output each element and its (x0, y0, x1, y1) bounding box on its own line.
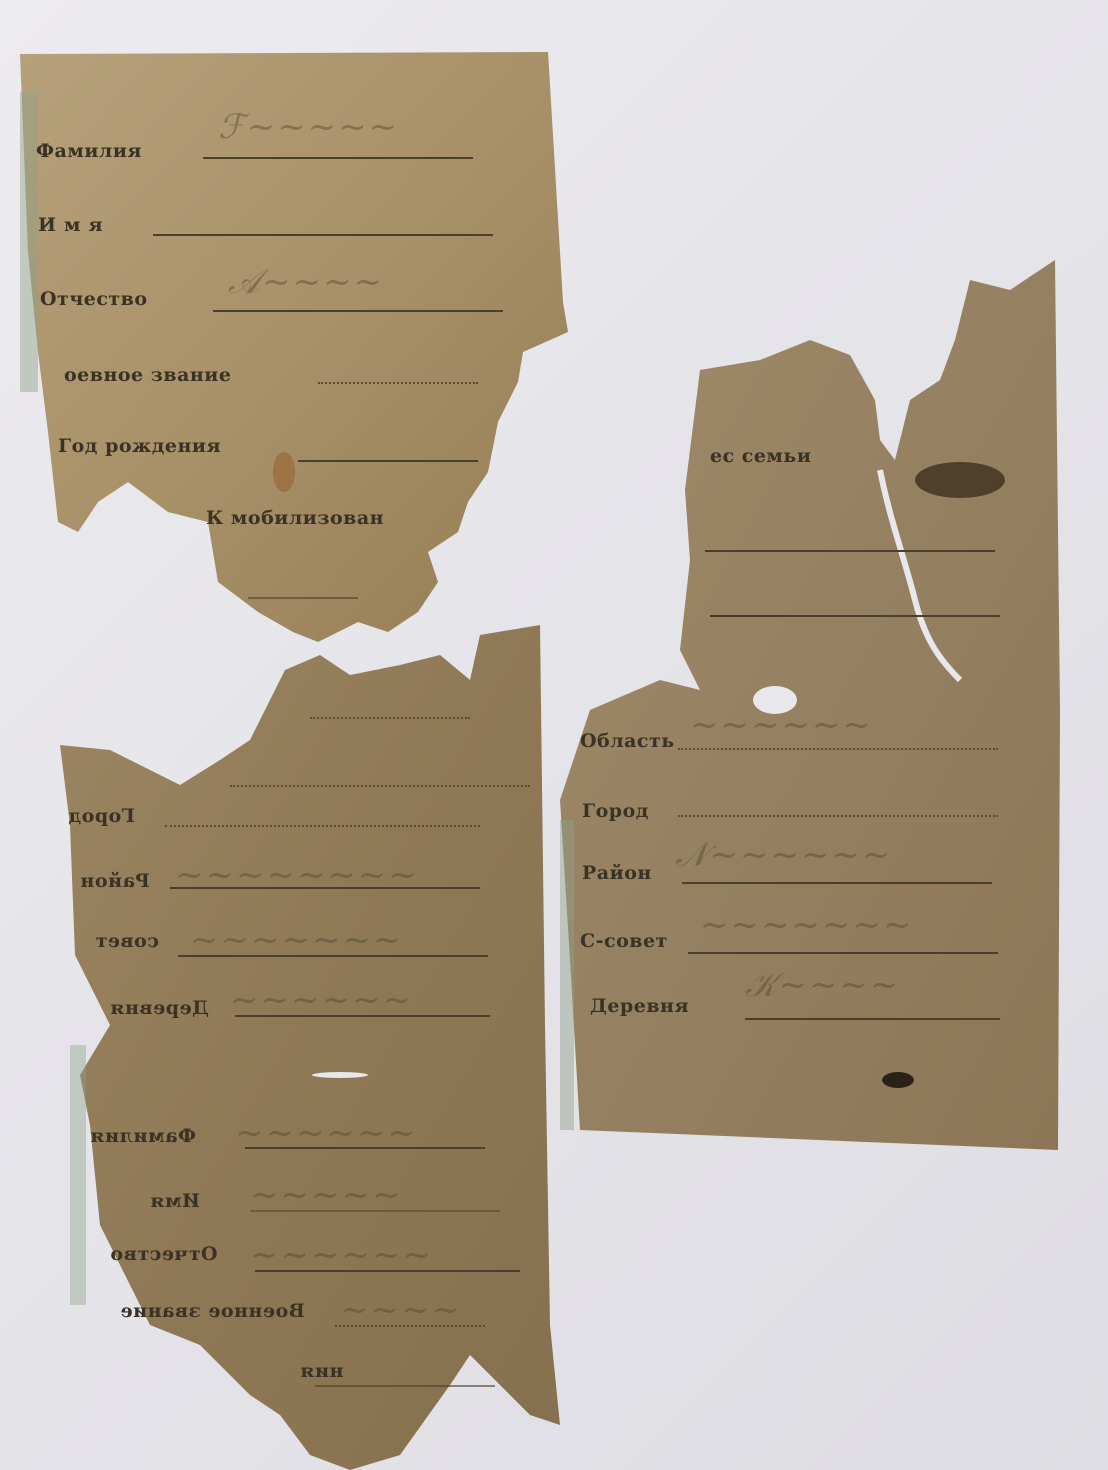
field-label: совет (95, 930, 159, 952)
field-label: Имя (150, 1190, 200, 1212)
stain (273, 452, 295, 492)
handwriting: ~~~~~~~~ (175, 855, 419, 895)
handwriting: ~~~~~~ (235, 1113, 418, 1153)
paper-fragment-right: ес семьи Область ~~~~~~ Город Район 𝒩~~~… (560, 260, 1070, 1160)
handwriting: ~~~~~~ (230, 980, 413, 1020)
handwriting: 𝒦~~~~ (745, 965, 901, 1005)
handwriting: 𝒩~~~~~~ (675, 835, 893, 875)
handwriting: ~~~~~~~ (700, 905, 913, 945)
field-label: оевное звание (64, 364, 231, 386)
handwriting: 𝒜~~~~ (228, 262, 384, 302)
field-line (230, 785, 530, 787)
field-line (310, 717, 470, 719)
field-label: Город (68, 805, 135, 827)
field-line (678, 748, 998, 750)
field-label: Область (580, 730, 675, 752)
field-line (688, 952, 998, 954)
field-label: Фамилия (36, 140, 142, 162)
field-label: Район (80, 870, 150, 892)
field-line (315, 1385, 495, 1387)
handwriting: ℱ~~~~~ (218, 107, 399, 147)
field-line (682, 882, 992, 884)
field-label: К мобилизован (206, 507, 384, 529)
field-line (745, 1018, 1000, 1020)
paper-fragment-bottom-left: Город Район совет Деревня Фамилия Имя От… (50, 625, 580, 1470)
field-label: Деревня (110, 997, 209, 1019)
field-line (248, 597, 358, 599)
field-line (298, 460, 478, 462)
field-line (203, 157, 473, 159)
paper-fragment-top-left: Фамилия ℱ~~~~~ Имя Отчество 𝒜~~~~ оевное… (18, 52, 578, 652)
field-label: Имя (38, 214, 111, 236)
field-line (678, 815, 998, 817)
field-label: Отчество (40, 288, 148, 310)
field-label: Деревня (590, 995, 689, 1017)
field-label: Отчество (110, 1243, 218, 1265)
field-label: Район (582, 862, 652, 884)
handwriting: ~~~~ (340, 1290, 462, 1330)
field-line (710, 615, 1000, 617)
field-label: ес семьи (710, 445, 811, 467)
field-label: ния (300, 1360, 344, 1382)
field-line (318, 382, 478, 384)
field-label: Фамилия (90, 1125, 196, 1147)
field-line (213, 310, 503, 312)
handwriting: ~~~~~~~ (190, 920, 403, 960)
field-label: Военное звание (120, 1300, 305, 1322)
field-line (153, 234, 493, 236)
field-label: С-совет (580, 930, 668, 952)
handwriting: ~~~~~ (250, 1175, 402, 1215)
field-line (705, 550, 995, 552)
handwriting: ~~~~~~ (690, 705, 873, 745)
field-line (165, 825, 480, 827)
mirrored-text-layer: Город Район совет Деревня Фамилия Имя От… (50, 625, 580, 1470)
field-label: Год рождения (58, 435, 221, 457)
field-label: Город (582, 800, 649, 822)
handwriting: ~~~~~~ (250, 1235, 433, 1275)
